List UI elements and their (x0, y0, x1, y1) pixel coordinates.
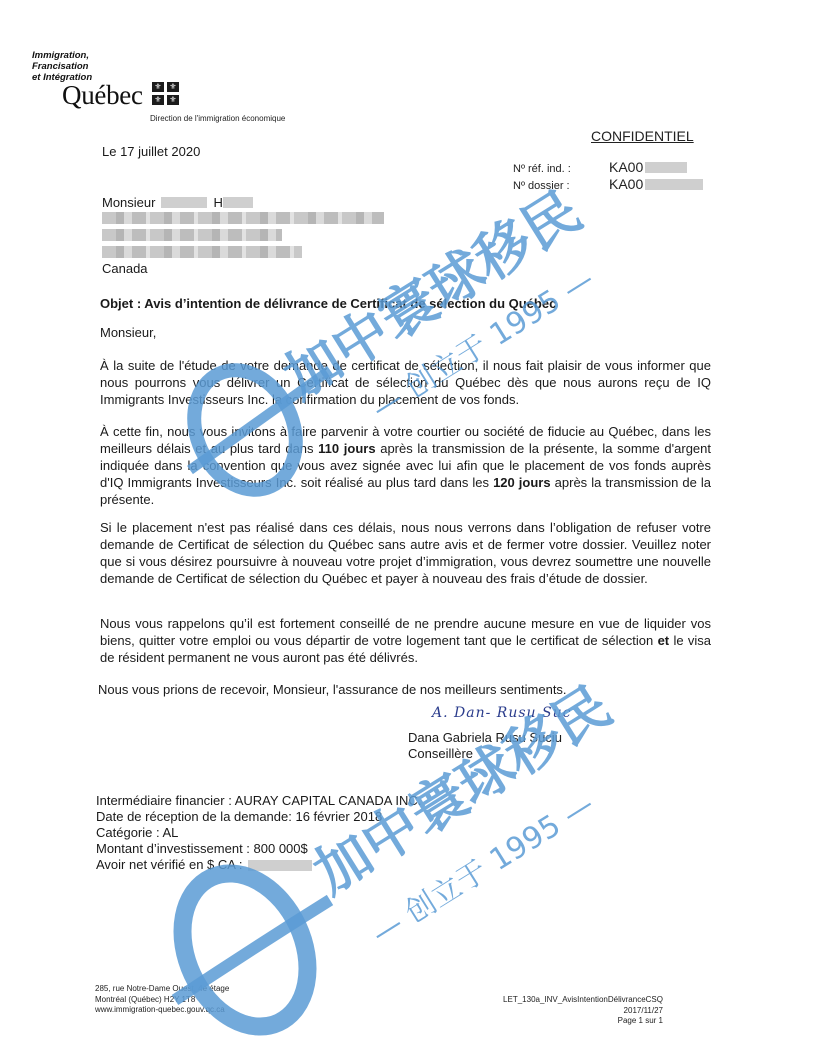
financial-intermediary: Intermédiaire financier : AURAY CAPITAL … (96, 793, 421, 809)
redacted-block (645, 162, 687, 173)
received-date: Date de réception de la demande: 16 févr… (96, 809, 421, 825)
signatory-title: Conseillère (408, 745, 473, 762)
greeting: Monsieur, (100, 324, 156, 341)
paragraph-text: Si le placement n'est pas réalisé dans c… (100, 520, 711, 586)
letter-date: Le 17 juillet 2020 (102, 144, 200, 159)
paragraph-4: Nous vous rappelons qu’il est fortement … (100, 615, 711, 666)
dossier-value: KA00 (609, 176, 703, 192)
recipient-initial: H (213, 194, 222, 211)
deadline-120-days: 120 jours (493, 475, 551, 490)
paragraph-text: Nous vous rappelons qu’il est fortement … (100, 616, 711, 648)
paragraph-3: Si le placement n'est pas réalisé dans c… (100, 519, 711, 587)
redacted-address-line (102, 229, 282, 241)
ministry-name: Immigration, Francisation et Intégration (32, 50, 92, 83)
signatory-name: Dana Gabriela Rusu Suciu (408, 729, 562, 746)
footer-form-info: LET_130a_INV_AvisIntentionDélivranceCSQ … (480, 995, 663, 1027)
ministry-line-1: Immigration, (32, 50, 92, 61)
website-link[interactable]: www.immigration-quebec.gouv.qc.ca (95, 1005, 229, 1016)
form-code: LET_130a_INV_AvisIntentionDélivranceCSQ (480, 995, 663, 1006)
ministry-line-2: Francisation (32, 61, 92, 72)
fleur-de-lis-icon: ⚜ ⚜ ⚜ ⚜ (152, 82, 179, 105)
quebec-wordmark: Québec (62, 80, 143, 111)
ref-ind-prefix: KA00 (609, 159, 643, 175)
classification-label: CONFIDENTIEL (591, 128, 694, 144)
redacted-block (161, 197, 207, 208)
category: Catégorie : AL (96, 825, 421, 841)
deadline-110-days: 110 jours (318, 441, 375, 456)
redacted-block (645, 179, 703, 190)
address-line-2: Montréal (Québec) H2Y 1T8 (95, 995, 229, 1006)
fleur-de-lis-icon: ⚜ (152, 82, 164, 92)
dossier-prefix: KA00 (609, 176, 643, 192)
subject-line: Objet : Avis d’intention de délivrance d… (100, 295, 556, 312)
form-date: 2017/11/27 (480, 1006, 663, 1017)
emphasis-et: et (658, 633, 670, 648)
address-line-1: 285, rue Notre-Dame Ouest, 4e étage (95, 984, 229, 995)
paragraph-text: Nous vous prions de recevoir, Monsieur, … (98, 682, 567, 697)
redacted-block (248, 860, 312, 871)
ref-ind-label: Nº réf. ind. : (513, 163, 571, 175)
page-number: Page 1 sur 1 (480, 1016, 663, 1027)
redacted-address-line (102, 246, 302, 258)
paragraph-1: À la suite de l'étude de votre demande d… (100, 357, 711, 408)
fleur-de-lis-icon: ⚜ (152, 95, 164, 105)
recipient-country: Canada (102, 260, 148, 277)
closing-line: Nous vous prions de recevoir, Monsieur, … (98, 681, 567, 698)
paragraph-text: À la suite de l'étude de votre demande d… (100, 358, 711, 407)
fleur-de-lis-icon: ⚜ (167, 95, 179, 105)
net-worth-row: Avoir net vérifié en $ CA : (96, 857, 421, 873)
redacted-block (223, 197, 253, 208)
direction-name: Direction de l'immigration économique (150, 114, 285, 123)
ref-ind-value: KA00 (609, 159, 687, 175)
investment-amount: Montant d’investissement : 800 000$ (96, 841, 421, 857)
recipient-name: Monsieur H (102, 194, 253, 211)
footer-address: 285, rue Notre-Dame Ouest, 4e étage Mont… (95, 984, 229, 1016)
redacted-address-line (102, 212, 384, 224)
handwritten-signature: A. Dan- Rusu Suc (432, 705, 571, 721)
fleur-de-lis-icon: ⚜ (167, 82, 179, 92)
application-summary: Intermédiaire financier : AURAY CAPITAL … (96, 793, 421, 873)
recipient-salutation: Monsieur (102, 194, 155, 211)
paragraph-2: À cette fin, nous vous invitons à faire … (100, 423, 711, 508)
net-worth-label: Avoir net vérifié en $ CA : (96, 857, 242, 873)
dossier-label: Nº dossier : (513, 180, 570, 192)
